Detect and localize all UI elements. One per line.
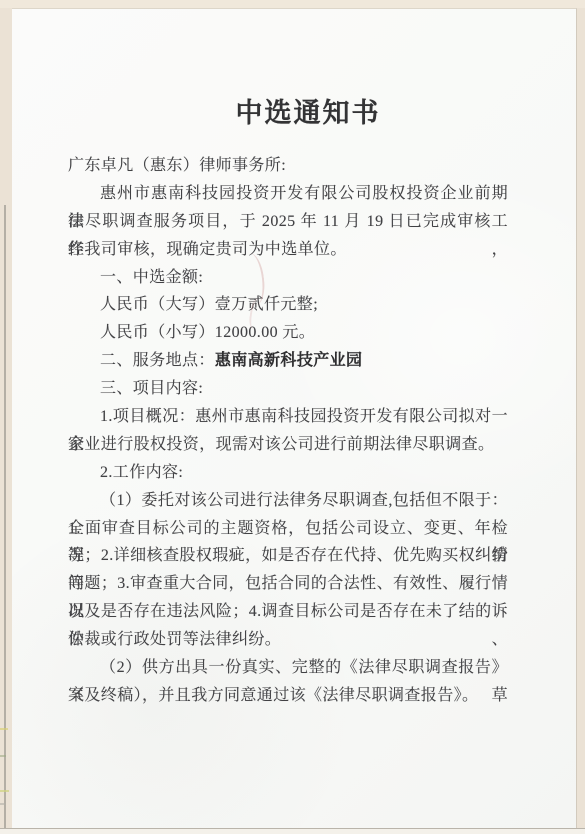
text-segment: 广东卓凡（惠东）律师事务所: [68, 157, 286, 174]
text-line: 惠州市惠南科技园投资开发有限公司股权投资企业前期法 [68, 180, 508, 208]
document-page: 中选通知书 广东卓凡（惠东）律师事务所:惠州市惠南科技园投资开发有限公司股权投资… [12, 8, 577, 828]
text-segment: 经我司审核，现确定贵司为中选单位。 [68, 241, 347, 258]
text-line: （1）委托对该公司进行法律务尽职调查,包括但不限于：1. [68, 487, 508, 515]
text-line: 1.项目概况：惠州市惠南科技园投资开发有限公司拟对一家 [68, 403, 508, 431]
text-line: 况；2.详细核查股权瑕疵，如是否存在代持、优先购买权纠纷等 [68, 542, 508, 570]
text-line: 三、项目内容: [68, 375, 508, 403]
text-line: （2）供方出具一份真实、完整的《法律尽职调查报告》（草 [68, 654, 508, 682]
text-line: 以及是否存在违法风险；4.调查目标公司是否存在未了结的诉讼、 [68, 598, 508, 626]
scan-artifact-tick [0, 755, 6, 757]
text-segment: 人民币（小写）12000.00 元。 [100, 324, 315, 341]
text-segment: 案及终稿），并且我方同意通过该《法律尽职调查报告》。 [68, 687, 478, 704]
scan-background-strip [0, 828, 585, 834]
text-line: 二、服务地点：惠南高新科技产业园 [68, 347, 508, 375]
text-segment: 2.工作内容: [100, 464, 183, 481]
text-line: 人民币（大写）壹万贰仟元整; [68, 291, 508, 319]
text-line: 全面审查目标公司的主题资格，包括公司设立、变更、年检等情 [68, 515, 508, 543]
scan-artifact-tick [0, 803, 5, 805]
highlighted-text: 惠南高新科技产业园 [215, 352, 363, 369]
text-line: 问题；3.审查重大合同，包括合同的合法性、有效性、履行情况 [68, 570, 508, 598]
text-segment: 人民币（大写）壹万贰仟元整; [100, 296, 318, 313]
document-body: 广东卓凡（惠东）律师事务所:惠州市惠南科技园投资开发有限公司股权投资企业前期法律… [68, 152, 508, 710]
scan-background-strip [0, 0, 585, 8]
text-line: 一、中选金额: [68, 264, 508, 292]
text-line: 广东卓凡（惠东）律师事务所: [68, 152, 508, 180]
scan-artifact-tick [0, 728, 8, 730]
text-line: 律尽职调查服务项目，于 2025 年 11 月 19 日已完成审核工作， [68, 208, 508, 236]
scan-artifact-tick [0, 790, 9, 792]
text-segment: 三、项目内容: [100, 380, 203, 397]
text-line: 2.工作内容: [68, 459, 508, 487]
text-line: 人民币（小写）12000.00 元。 [68, 319, 508, 347]
text-segment: 一、中选金额: [100, 269, 203, 286]
text-line: 案及终稿），并且我方同意通过该《法律尽职调查报告》。 [68, 682, 508, 710]
text-segment: 企业进行股权投资，现需对该公司进行前期法律尽职调查。 [68, 436, 494, 453]
text-segment: 二、服务地点： [100, 352, 215, 369]
text-line: 企业进行股权投资，现需对该公司进行前期法律尽职调查。 [68, 431, 508, 459]
document-title: 中选通知书 [26, 97, 585, 129]
scan-crease-line [4, 205, 6, 829]
text-segment: 仲裁或行政处罚等法律纠纷。 [68, 631, 281, 648]
